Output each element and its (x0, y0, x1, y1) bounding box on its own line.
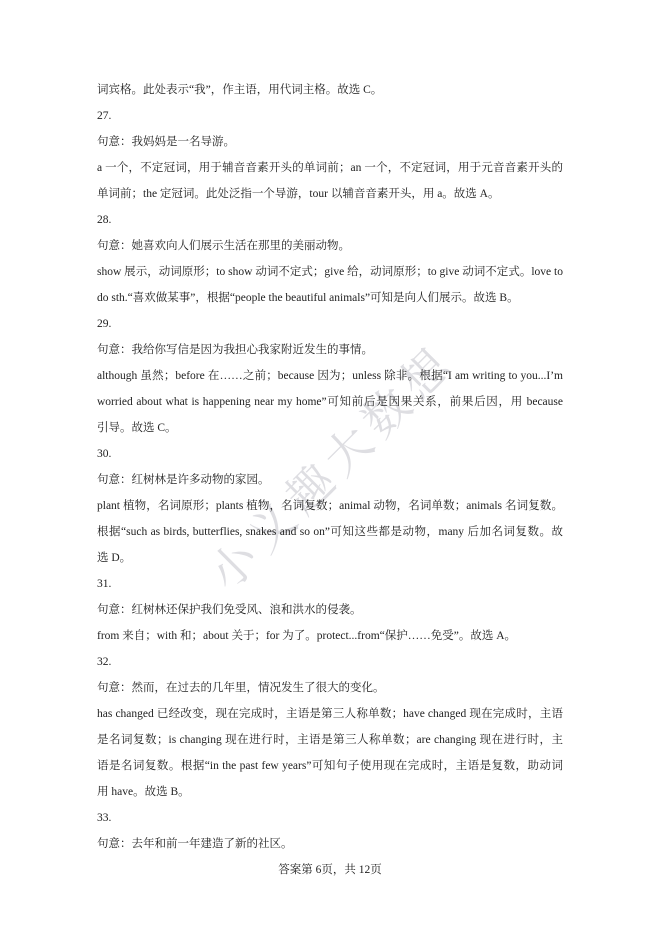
text-line: 用 have。故选 B。 (97, 779, 563, 805)
text-line: 句意：我给你写信是因为我担心我家附近发生的事情。 (97, 337, 563, 363)
text-line: plant 植物，名词原形；plants 植物，名词复数；animal 动物，名… (97, 493, 563, 519)
text-line: 句意：我妈妈是一名导游。 (97, 129, 563, 155)
question-number: 29. (97, 311, 563, 337)
text-line: 句意：红树林还保护我们免受风、浪和洪水的侵袭。 (97, 597, 563, 623)
page-footer: 答案第 6页，共 12页 (97, 857, 563, 883)
text-line: has changed 已经改变，现在完成时，主语是第三人称单数；have ch… (97, 701, 563, 727)
text-line: 词宾格。此处表示“我”，作主语，用代词主格。故选 C。 (97, 77, 563, 103)
text-line: 句意：然而，在过去的几年里，情况发生了很大的变化。 (97, 675, 563, 701)
text-line: 句意：去年和前一年建造了新的社区。 (97, 831, 563, 857)
question-number: 31. (97, 571, 563, 597)
question-number: 30. (97, 441, 563, 467)
text-line: 句意：她喜欢向人们展示生活在那里的美丽动物。 (97, 233, 563, 259)
text-line: from 来自；with 和；about 关于；for 为了。protect..… (97, 623, 563, 649)
question-number: 27. (97, 103, 563, 129)
text-line: do sth.“喜欢做某事”，根据“people the beautiful a… (97, 285, 563, 311)
text-line: a 一个，不定冠词，用于辅音音素开头的单词前；an 一个，不定冠词，用于元音音素… (97, 155, 563, 181)
text-line: although 虽然；before 在……之前；because 因为；unle… (97, 363, 563, 389)
text-line: 单词前；the 定冠词。此处泛指一个导游，tour 以辅音音素开头，用 a。故选… (97, 181, 563, 207)
text-line: 引导。故选 C。 (97, 415, 563, 441)
text-line: 句意：红树林是许多动物的家园。 (97, 467, 563, 493)
text-line: 语是名词复数。根据“in the past few years”可知句子使用现在… (97, 753, 563, 779)
text-line: 选 D。 (97, 545, 563, 571)
text-line: 根据“such as birds, butterflies, snakes an… (97, 519, 563, 545)
question-number: 28. (97, 207, 563, 233)
text-line: worried about what is happening near my … (97, 389, 563, 415)
question-number: 32. (97, 649, 563, 675)
text-line: 是名词复数；is changing 现在进行时，主语是第三人称单数；are ch… (97, 727, 563, 753)
answer-explanations: 词宾格。此处表示“我”，作主语，用代词主格。故选 C。 27. 句意：我妈妈是一… (97, 77, 563, 883)
question-number: 33. (97, 805, 563, 831)
text-line: show 展示，动词原形；to show 动词不定式；give 给，动词原形；t… (97, 259, 563, 285)
answer-sheet-page: 小义趣大数想 词宾格。此处表示“我”，作主语，用代词主格。故选 C。 27. 句… (0, 0, 660, 934)
